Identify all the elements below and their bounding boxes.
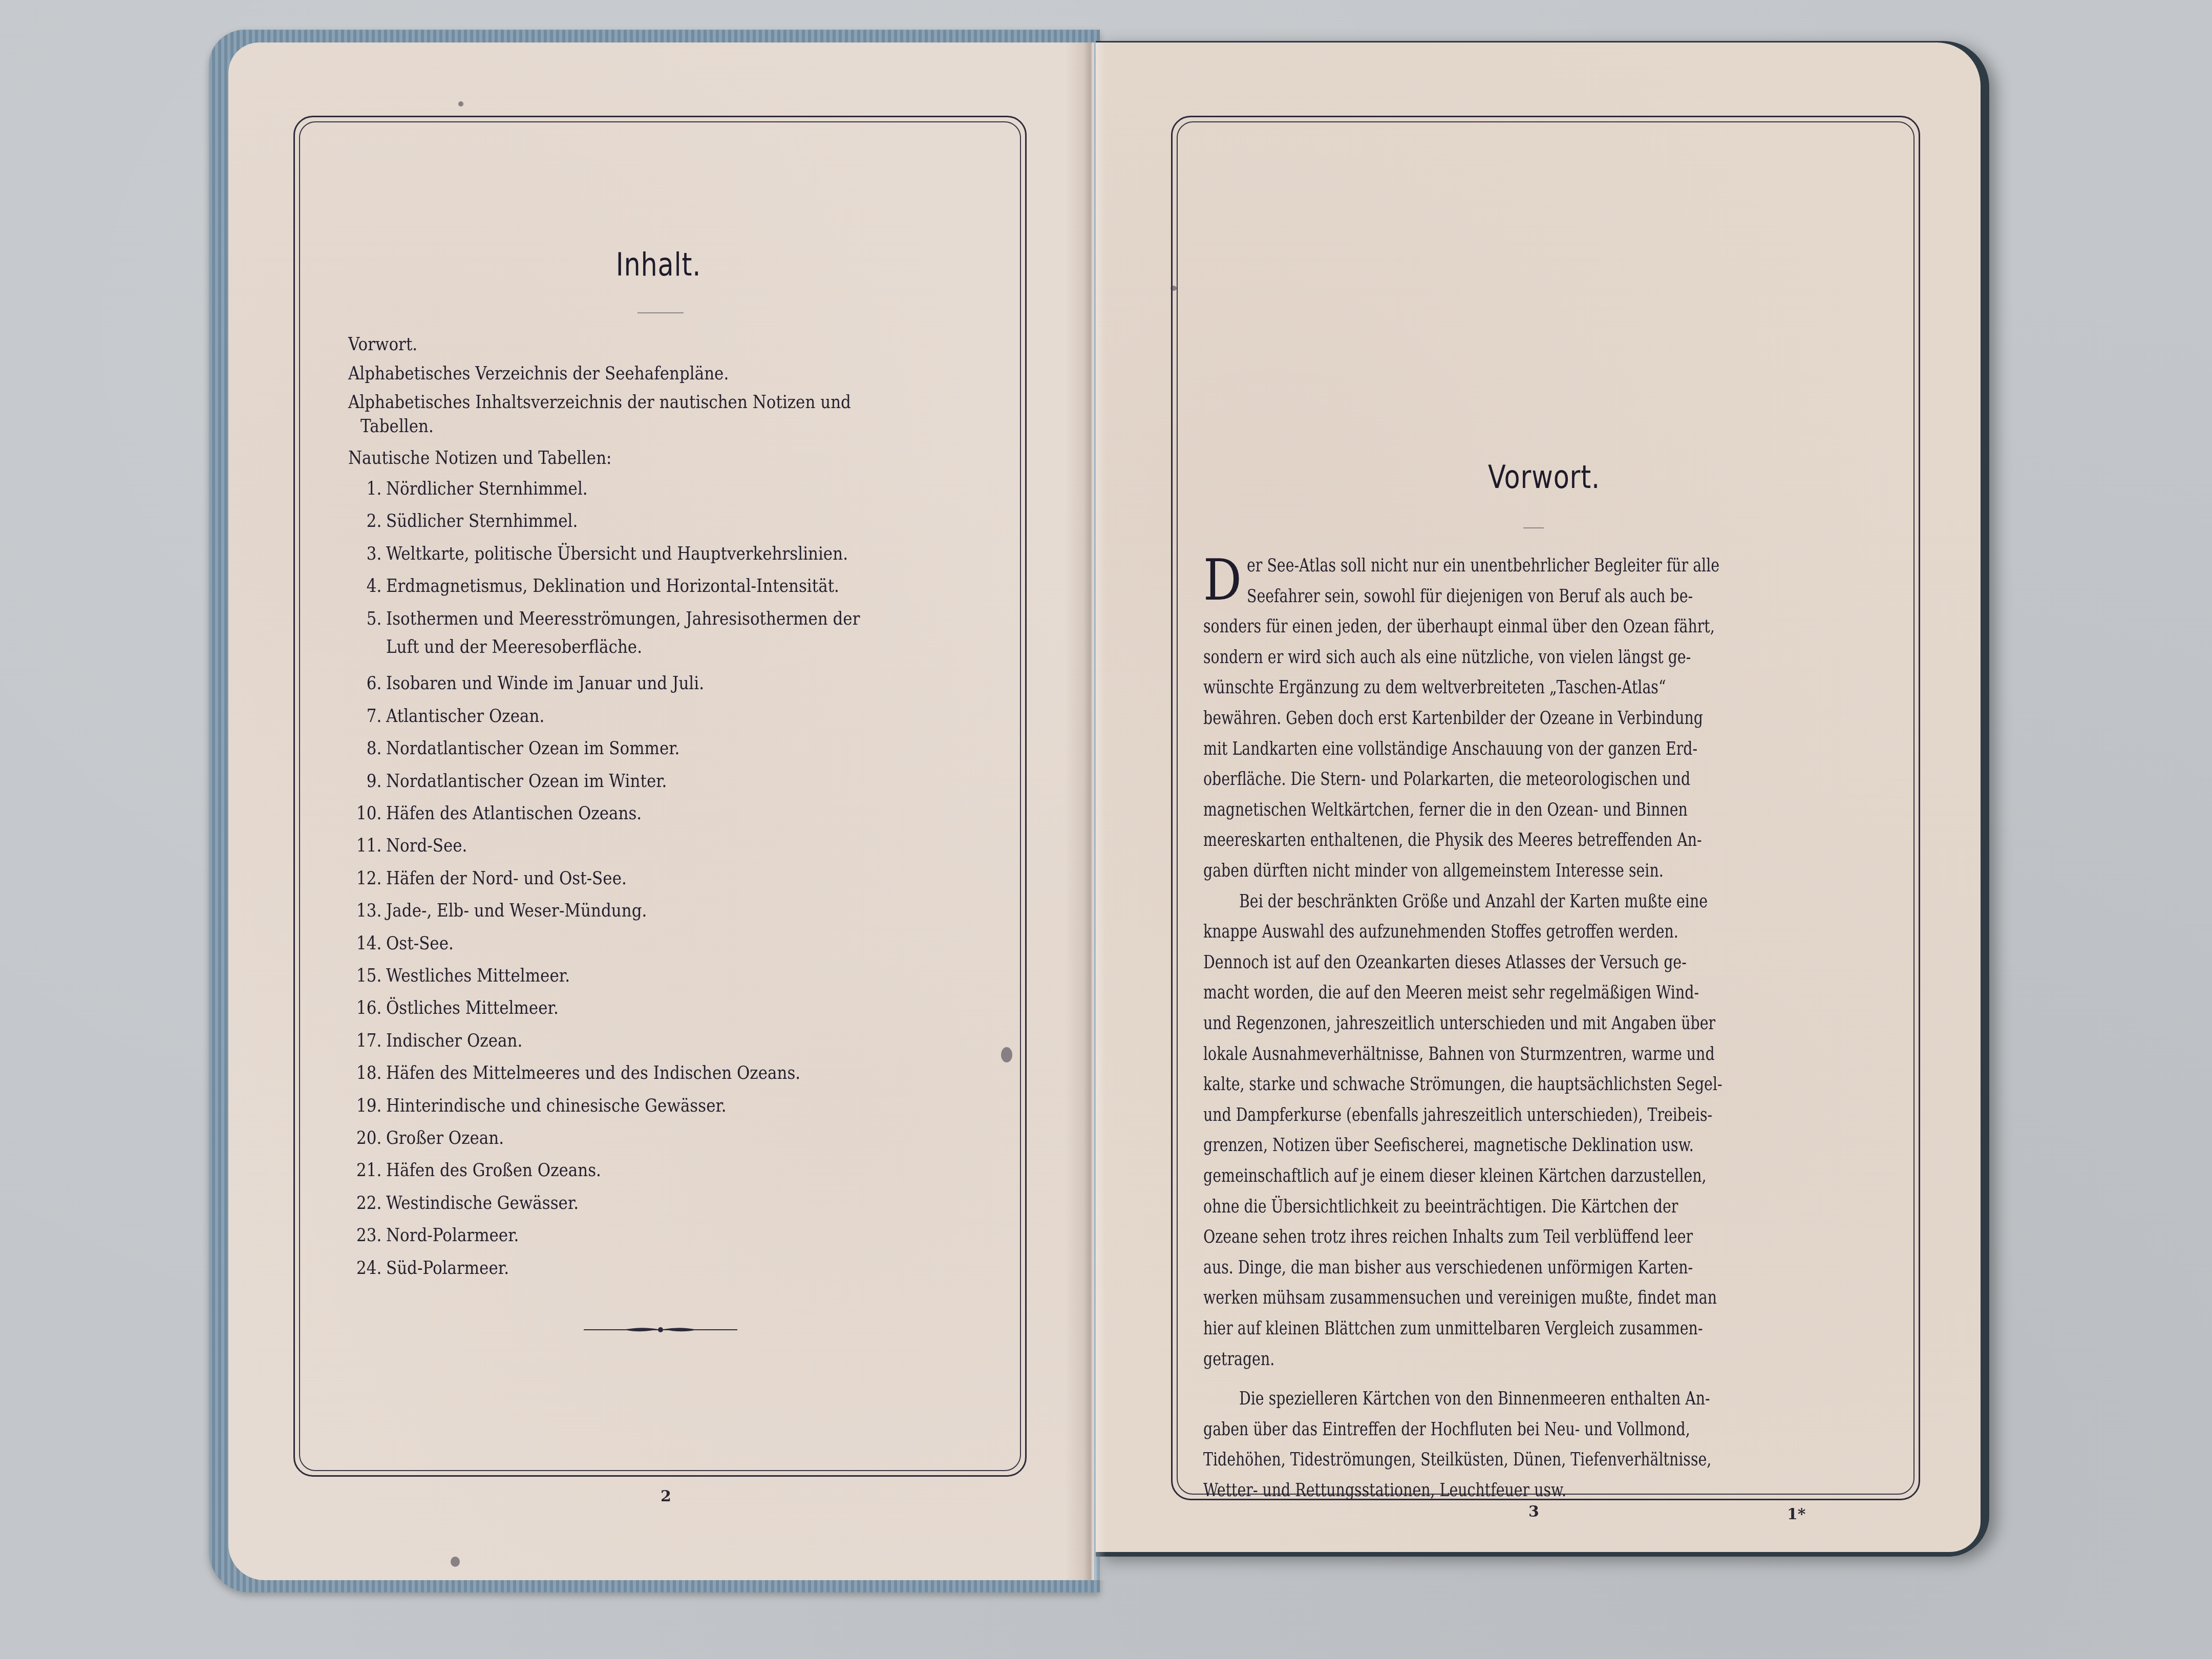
toc-entry: 24.Süd-Polarmeer. bbox=[348, 1257, 509, 1281]
toc-entry-number: 14. bbox=[348, 932, 381, 956]
toc-entry-continuation: Tabellen. bbox=[348, 415, 434, 439]
toc-entry-text: Westliches Mittelmeer. bbox=[386, 965, 570, 986]
toc-entry-text: Nord-Polarmeer. bbox=[386, 1225, 519, 1246]
toc-entry: 16.Östliches Mittelmeer. bbox=[348, 996, 559, 1020]
preface-line: bewähren. Geben doch erst Kartenbilder d… bbox=[1203, 703, 1703, 734]
toc-entry: 13.Jade-, Elb- und Weser-Mündung. bbox=[348, 899, 647, 923]
book-gutter bbox=[1065, 42, 1106, 1580]
preface-line: Die spezielleren Kärtchen von den Binnen… bbox=[1239, 1384, 1710, 1414]
toc-entry-text: Isothermen und Meeresströmungen, Jahresi… bbox=[386, 608, 860, 629]
page-number-left: 2 bbox=[661, 1487, 671, 1505]
toc-entry-text: Häfen des Atlantischen Ozeans. bbox=[386, 803, 642, 824]
toc-entry-text: Hinterindische und chinesische Gewässer. bbox=[386, 1095, 727, 1116]
preface-line: magnetischen Weltkärtchen, ferner die in… bbox=[1203, 795, 1688, 825]
toc-entry: 23.Nord-Polarmeer. bbox=[348, 1224, 519, 1248]
toc-entry-number: 23. bbox=[348, 1224, 381, 1248]
toc-entry-text: Indischer Ozean. bbox=[386, 1030, 522, 1051]
toc-entry-number: 7. bbox=[348, 705, 381, 729]
preface-line: grenzen, Notizen über Seefischerei, magn… bbox=[1203, 1130, 1694, 1161]
toc-entry-number: 24. bbox=[348, 1257, 381, 1281]
toc-entry: 18.Häfen des Mittelmeeres und des Indisc… bbox=[348, 1061, 800, 1086]
toc-entry-text: Ost-See. bbox=[386, 933, 454, 954]
toc-entry-number: 18. bbox=[348, 1061, 381, 1086]
toc-entry-vorwort: Vorwort. bbox=[348, 333, 417, 357]
toc-entry: 5.Isothermen und Meeresströmungen, Jahre… bbox=[348, 607, 860, 631]
toc-entry-number: 6. bbox=[348, 672, 381, 696]
preface-line: lokale Ausnahmeverhältnisse, Bahnen von … bbox=[1203, 1039, 1715, 1070]
paper-stain bbox=[451, 1557, 460, 1567]
toc-entry-text: Jade-, Elb- und Weser-Mündung. bbox=[386, 900, 647, 921]
toc-entry-number: 20. bbox=[348, 1126, 381, 1151]
toc-entry: 9.Nordatlantischer Ozean im Winter. bbox=[348, 770, 667, 794]
toc-entry: 17.Indischer Ozean. bbox=[348, 1029, 522, 1053]
preface-line: sonders für einen jeden, der überhaupt e… bbox=[1203, 611, 1715, 642]
toc-entry-text: Südlicher Sternhimmel. bbox=[386, 511, 578, 531]
paper-stain bbox=[1171, 286, 1177, 291]
toc-entry-seehafenplaene: Alphabetisches Verzeichnis der Seehafenp… bbox=[348, 362, 729, 386]
toc-entry-number: 22. bbox=[348, 1192, 381, 1216]
toc-section-heading: Nautische Notizen und Tabellen: bbox=[348, 446, 612, 471]
toc-entry-text: Großer Ozean. bbox=[386, 1128, 504, 1148]
toc-entry-text: Atlantischer Ozean. bbox=[386, 706, 544, 727]
toc-entry-number: 19. bbox=[348, 1094, 381, 1118]
preface-line: hier auf kleinen Blättchen zum unmittelb… bbox=[1203, 1313, 1703, 1344]
preface-line: meereskarten enthaltenen, die Physik des… bbox=[1203, 825, 1702, 856]
toc-entry-inhaltsverzeichnis: Alphabetisches Inhaltsverzeichnis der na… bbox=[348, 391, 851, 415]
toc-entry: 15.Westliches Mittelmeer. bbox=[348, 964, 570, 988]
toc-entry-text: Häfen des Großen Ozeans. bbox=[386, 1160, 601, 1181]
preface-line: Bei der beschränkten Größe und Anzahl de… bbox=[1239, 886, 1708, 917]
preface-title: Vorwort. bbox=[1238, 458, 1850, 496]
preface-line: ohne die Übersichtlichkeit zu beeinträch… bbox=[1203, 1192, 1678, 1222]
toc-entry-text: Nordatlantischer Ozean im Winter. bbox=[386, 771, 667, 792]
toc-entry-number: 5. bbox=[348, 607, 381, 631]
toc-entry-number: 16. bbox=[348, 996, 381, 1020]
toc-entry-number: 4. bbox=[348, 575, 381, 599]
preface-line: und Regenzonen, jahreszeitlich unterschi… bbox=[1203, 1008, 1715, 1039]
toc-entry: 8.Nordatlantischer Ozean im Sommer. bbox=[348, 737, 679, 761]
toc-entry: 3.Weltkarte, politische Übersicht und Ha… bbox=[348, 542, 848, 566]
toc-entry-number: 17. bbox=[348, 1029, 381, 1053]
toc-entry: 7.Atlantischer Ozean. bbox=[348, 705, 544, 729]
toc-entry-number: 9. bbox=[348, 770, 381, 794]
toc-entry-number: 8. bbox=[348, 737, 381, 761]
toc-entry-text: Weltkarte, politische Übersicht und Haup… bbox=[386, 543, 848, 564]
toc-entry-number: 1. bbox=[348, 477, 381, 501]
toc-entry-number: 15. bbox=[348, 964, 381, 988]
toc-entry: 11.Nord-See. bbox=[348, 834, 467, 858]
toc-entry: 14.Ost-See. bbox=[348, 932, 454, 956]
toc-entry-text: Häfen der Nord- und Ost-See. bbox=[386, 868, 627, 889]
preface-line: Dennoch ist auf den Ozeankarten dieses A… bbox=[1203, 947, 1687, 978]
toc-entry-text: Östliches Mittelmeer. bbox=[386, 997, 559, 1018]
preface-line: knappe Auswahl des aufzunehmenden Stoffe… bbox=[1203, 917, 1678, 947]
toc-entry-text: Westindische Gewässer. bbox=[386, 1193, 579, 1214]
paper-stain bbox=[1001, 1047, 1012, 1062]
preface-line: gaben dürften nicht minder von allgemein… bbox=[1203, 856, 1664, 886]
toc-entry-number: 21. bbox=[348, 1159, 381, 1183]
toc-entry-number: 2. bbox=[348, 509, 381, 534]
toc-entry: 12.Häfen der Nord- und Ost-See. bbox=[348, 867, 627, 891]
preface-line: mit Landkarten eine vollständige Anschau… bbox=[1203, 734, 1697, 764]
preface-line: und Dampferkurse (ebenfalls jahreszeitli… bbox=[1203, 1100, 1712, 1131]
signature-mark: 1* bbox=[1787, 1505, 1806, 1523]
toc-entry: 19.Hinterindische und chinesische Gewäss… bbox=[348, 1094, 727, 1118]
preface-line: sondern er wird sich auch als eine nützl… bbox=[1203, 642, 1691, 673]
toc-entry-text: Nördlicher Sternhimmel. bbox=[386, 478, 588, 499]
preface-line: Tidehöhen, Tideströmungen, Steilküsten, … bbox=[1203, 1444, 1711, 1475]
toc-entry-text: Nord-See. bbox=[386, 835, 467, 856]
toc-entry: 2.Südlicher Sternhimmel. bbox=[348, 509, 578, 534]
contents-title: Inhalt. bbox=[359, 246, 958, 283]
drop-cap: D bbox=[1203, 552, 1242, 608]
ornament-divider-icon bbox=[584, 1326, 737, 1333]
preface-line: Wetter- und Rettungsstationen, Leuchtfeu… bbox=[1203, 1475, 1566, 1506]
preface-line: macht worden, die auf den Meeren meist s… bbox=[1203, 977, 1699, 1008]
toc-entry: 20.Großer Ozean. bbox=[348, 1126, 504, 1151]
toc-entry-number: 10. bbox=[348, 802, 381, 826]
toc-entry-continuation: Luft und der Meeresoberfläche. bbox=[348, 635, 642, 660]
preface-line: aus. Dinge, die man bisher aus verschied… bbox=[1203, 1252, 1693, 1283]
preface-line: getragen. bbox=[1203, 1344, 1274, 1375]
preface-line: Seefahrer sein, sowohl für diejenigen vo… bbox=[1247, 581, 1693, 612]
preface-line: gemeinschaftlich auf je einem dieser kle… bbox=[1203, 1161, 1707, 1192]
toc-entry-number: 3. bbox=[348, 542, 381, 566]
page-number-right: 3 bbox=[1528, 1503, 1539, 1521]
paper-stain bbox=[458, 101, 463, 107]
toc-entry-text: Isobaren und Winde im Januar und Juli. bbox=[386, 673, 704, 694]
preface-line: oberfläche. Die Stern- und Polarkarten, … bbox=[1203, 764, 1690, 795]
toc-entry-text: Nordatlantischer Ozean im Sommer. bbox=[386, 738, 680, 759]
preface-line: er See-Atlas soll nicht nur ein unentbeh… bbox=[1247, 550, 1719, 581]
preface-line: Ozeane sehen trotz ihres reichen Inhalts… bbox=[1203, 1222, 1693, 1252]
toc-entry-text: Erdmagnetismus, Deklination und Horizont… bbox=[386, 576, 839, 597]
title-rule-right bbox=[1523, 527, 1544, 528]
toc-entry-number: 12. bbox=[348, 867, 381, 891]
toc-entry: 22.Westindische Gewässer. bbox=[348, 1192, 579, 1216]
toc-entry: 21.Häfen des Großen Ozeans. bbox=[348, 1159, 601, 1183]
preface-line: gaben über das Eintreffen der Hochfluten… bbox=[1203, 1414, 1690, 1445]
toc-entry-number: 13. bbox=[348, 899, 381, 923]
title-rule bbox=[637, 312, 684, 313]
toc-entry-text: Häfen des Mittelmeeres und des Indischen… bbox=[386, 1062, 800, 1083]
toc-entry: 4.Erdmagnetismus, Deklination und Horizo… bbox=[348, 575, 839, 599]
toc-entry-number: 11. bbox=[348, 834, 381, 858]
toc-entry: 10.Häfen des Atlantischen Ozeans. bbox=[348, 802, 642, 826]
preface-line: wünschte Ergänzung zu dem weltverbreitet… bbox=[1203, 672, 1666, 703]
preface-line: kalte, starke und schwache Strömungen, d… bbox=[1203, 1069, 1722, 1100]
toc-entry: 1.Nördlicher Sternhimmel. bbox=[348, 477, 588, 501]
toc-entry-text: Süd-Polarmeer. bbox=[386, 1258, 509, 1279]
toc-entry: 6.Isobaren und Winde im Januar und Juli. bbox=[348, 672, 704, 696]
preface-line: werken mühsam zusammensuchen und vereini… bbox=[1203, 1283, 1717, 1313]
